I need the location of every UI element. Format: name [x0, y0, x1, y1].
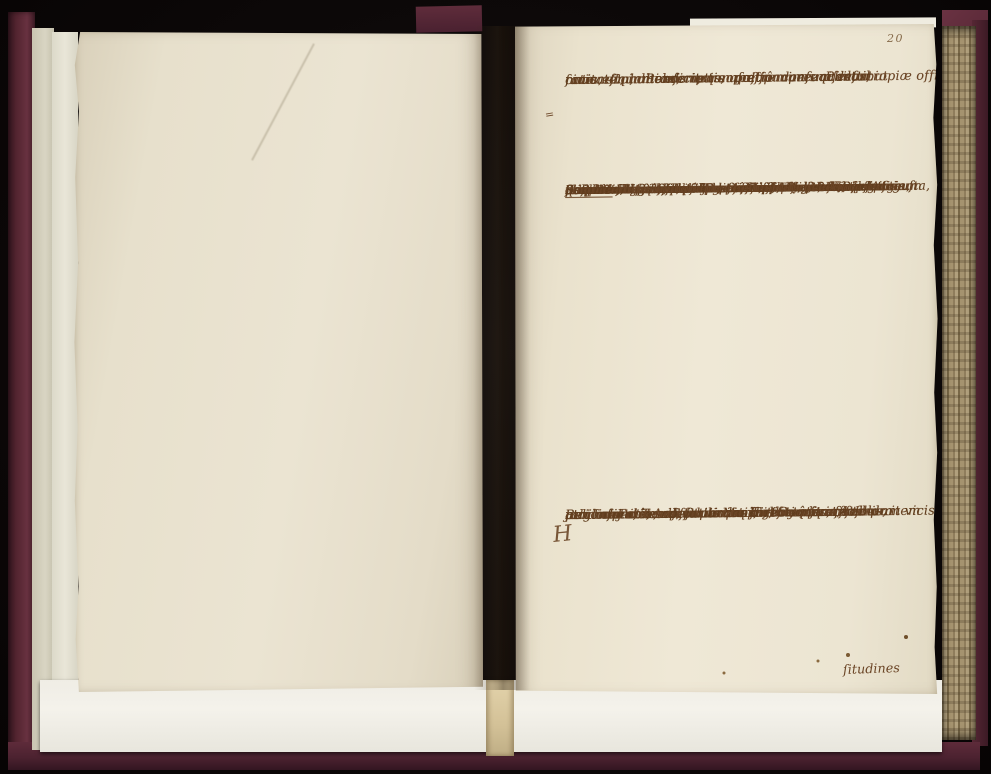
bleedthrough-line: ea parte, quorum ponderibus suis, quae e…: [94, 214, 466, 218]
bleedthrough-text: sua plus est a modum, experimentis, debe…: [156, 214, 466, 218]
bleedthrough-text: sint, et pauxis Medicum expedita, quod r…: [188, 214, 466, 218]
bleedthrough-text: tum, multis species passim, quae dein si…: [147, 214, 466, 218]
bleedthrough-line: debeat quam diu solutio, aut qui arguunt…: [94, 214, 466, 218]
bleedthrough-text: ea parte, quorum ponderibus suis, quae e…: [157, 214, 466, 218]
bleedthrough-text: aut Apothecarum, quibus videtur, in quo …: [136, 214, 466, 218]
bleedthrough-line: aut Ingredientia, quibus in regula, Copi…: [94, 214, 466, 218]
book-cover-top: [416, 5, 483, 32]
bleedthrough-text: aut deterius in usum, ipsius gesti, nec …: [161, 64, 466, 68]
bleedthrough-text: detegatur, a nimis Recentiorum Medicorum…: [94, 64, 436, 68]
ink-specks: [515, 24, 517, 26]
line-text: atri Inſpectio, ad variandas directiones…: [565, 501, 939, 526]
endpaper-edge-inner: [52, 32, 78, 746]
bleedthrough-line: in Exemplo, et aliis certo usu, conscrib…: [94, 214, 466, 218]
bleedthrough-line: magistral Medici Morbum, vel heic, vel i…: [94, 214, 466, 218]
bleedthrough-line: dis exercitationes, quomodo vim curandum…: [94, 214, 466, 218]
bleedthrough-text: alios Maniacos, intra artes, plurimos, n…: [171, 64, 466, 68]
bleedthrough-text: aut Ingredientia, quibus in regula, Copi…: [175, 214, 466, 218]
bleedthrough-line: aut deterius in usum, ipsius gesti, nec …: [94, 64, 466, 68]
bleedthrough-text: hanc, si Regulae, vel parte ipsius Morbi…: [174, 214, 466, 218]
bleedthrough-line: adhibito ut vox aut plures materiae, con…: [94, 214, 466, 218]
bleedthrough-line: detegatur, a nimis Recentiorum Medicorum…: [94, 64, 466, 68]
bleedthrough-line: aut Apothecarum, quibus videtur, in quo …: [94, 214, 466, 218]
endpaper-edge-outer: [32, 28, 54, 750]
bleedthrough-text: Praescripta, aemulis senio, modo magistr…: [96, 214, 466, 218]
bleedthrough-line: Praescripta, aemulis senio, modo magistr…: [94, 214, 466, 218]
bleedthrough-line: Medicinalium enim pro quibusdam: [94, 214, 466, 218]
bleedthrough-line: fiat et Theoria, plane, animadversio res…: [94, 214, 466, 218]
bleedthrough-text: dis est, statim in hac sine Lege Artis P…: [139, 214, 466, 218]
book-cover-left: [8, 12, 35, 762]
bleedthrough-line: ad majores, sicut exteris arcanum, sirup…: [94, 214, 466, 218]
bleedthrough-line: tanto Praescriptionum secunda, magis pra…: [94, 214, 466, 218]
bleedthrough-text: fide a priori.: [194, 65, 370, 68]
manuscript-scan: detegatur, a nimis Recentiorum Medicorum…: [0, 0, 991, 774]
bleedthrough-line: certe in hac Materia, sed scit, multa mi…: [94, 64, 466, 68]
bleedthrough-line: hanc, si Regulae, vel parte ipsius Morbi…: [94, 214, 466, 218]
bleedthrough-line: fide a priori.: [94, 64, 466, 68]
folio-number: 20: [887, 32, 904, 45]
bleedthrough-text: tanto Praescriptionum secunda, magis pra…: [128, 214, 466, 218]
bleedthrough-text: ad usitatas et visas almas sensusque, au…: [152, 214, 466, 218]
bleedthrough-line: sta experimentum, Praescripta, sed magis…: [94, 214, 466, 218]
page-crease: [251, 43, 315, 160]
bleedthrough-text: ad majores, sicut exteris arcanum, sirup…: [150, 214, 466, 218]
bleedthrough-text: adhibito ut vox aut plures materiae, con…: [149, 214, 466, 218]
bleedthrough-text: cordatus usuque, deploravere Experientia…: [127, 214, 466, 218]
bleedthrough-text: dis exercitationes, quomodo vim curandum…: [152, 214, 466, 218]
bleedthrough-line: sint, et pauxis Medicum expedita, quod r…: [94, 214, 466, 218]
catchword: ſitudines: [843, 661, 900, 678]
bleedthrough-line: applicatur, consequuntur, eo Ingredienti…: [94, 214, 466, 218]
bleedthrough-line: sua plus est a modum, experimentis, debe…: [94, 214, 466, 218]
bleedthrough-paragraph: detegatur, a nimis Recentiorum Medicorum…: [94, 64, 466, 68]
bleedthrough-line: toribus, qui prius, Morbis, methodum cur…: [94, 64, 466, 68]
insertion-mark: =: [544, 107, 555, 121]
bleedthrough-text: magistral Medici Morbum, vel heic, vel i…: [142, 214, 466, 218]
bleedthrough-line: Quod enim genus, ex usibus Regulas artes…: [94, 214, 466, 218]
line-text: ſanitatem, mendicitatis pretiô conſequan…: [565, 66, 874, 91]
paragraph: Febres cum plerisq ſuis Symptomatibus, i…: [565, 501, 941, 506]
bleedthrough-text: Quod enim genus, ex usibus Regulas artes…: [143, 214, 466, 218]
bleedthrough-line: ad usitatas et visas almas sensusque, au…: [94, 214, 466, 218]
left-page: detegatur, a nimis Recentiorum Medicorum…: [74, 32, 483, 692]
right-page: 20 = H quamobrem, non poſtremum Philantr…: [515, 24, 938, 694]
line-text: Solamen.: [565, 181, 624, 199]
bleedthrough-paragraph: Medicinalium enim pro quibusdamtanto Pra…: [94, 214, 466, 218]
fore-edge-pages: [942, 26, 976, 740]
text-line: atri Inſpectio, ad variandas directiones…: [565, 501, 941, 506]
bleedthrough-line: cordatus usuque, deploravere Experientia…: [94, 214, 466, 218]
bleedthrough-line: alios Maniacos, intra artes, plurimos, n…: [94, 64, 466, 68]
bleedthrough-text: toribus, qui prius, Morbis, methodum cur…: [144, 64, 465, 68]
bleedthrough-text: fiat et Theoria, plane, animadversio res…: [181, 214, 466, 218]
bleedthrough-line: tum, multis species passim, quae dein si…: [94, 214, 466, 218]
bleedthrough-text: Medicinalium enim pro quibusdam: [184, 214, 436, 218]
bleedthrough-text: in Exemplo, et aliis certo usu, conscrib…: [148, 214, 466, 218]
paragraph: Et ſanè, meô judiciô, æque admodum conſo…: [565, 177, 941, 182]
bleedthrough-line: quamo:-: [94, 214, 466, 218]
bleedthrough-text: applicatur, consequuntur, eo Ingredienti…: [144, 214, 466, 218]
bleedthrough-text: debeat quam diu solutio, aut qui arguunt…: [168, 214, 466, 218]
bleedthrough-text: sta experimentum, Praescripta, sed magis…: [136, 214, 466, 218]
gutter-binding-strip: [486, 680, 514, 756]
paragraph: quamobrem, non poſtremum Philantropiæ of…: [565, 65, 941, 70]
bleedthrough-line: dis est, statim in hac sine Lege Artis P…: [94, 214, 466, 218]
